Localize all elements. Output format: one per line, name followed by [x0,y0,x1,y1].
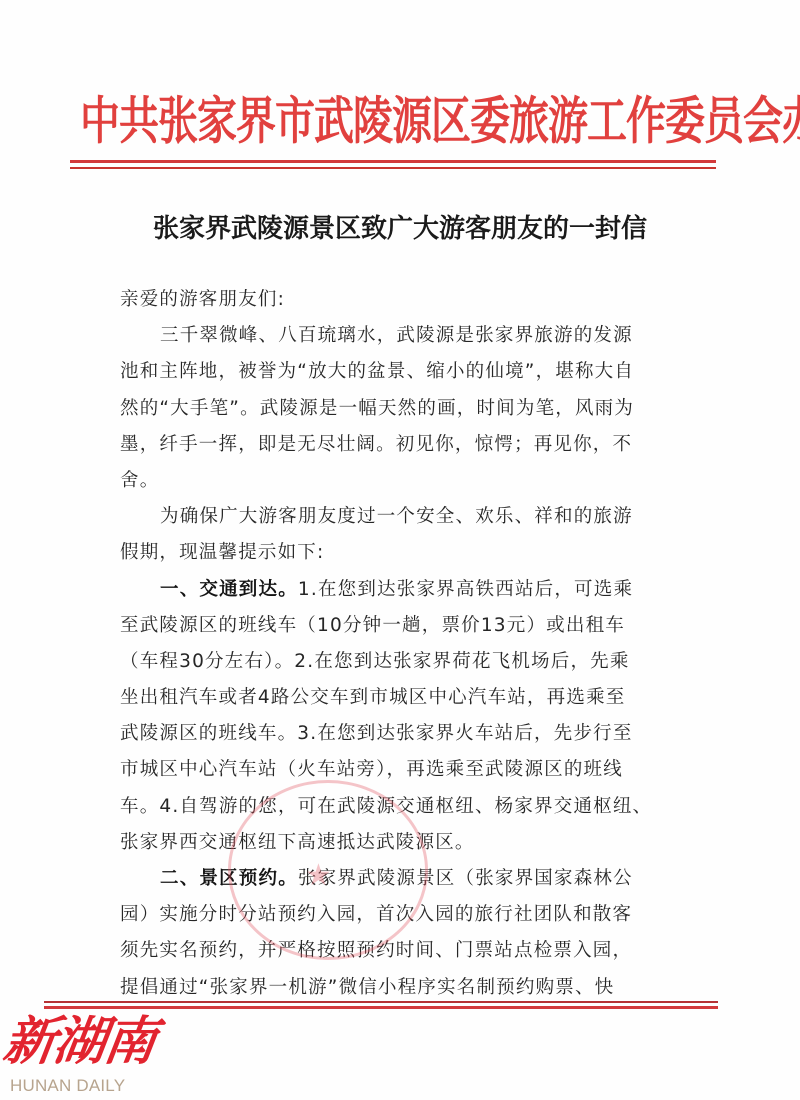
document-title: 张家界武陵源景区致广大游客朋友的一封信 [100,208,700,245]
paragraph-line: 三千翠微峰、八百琉璃水，武陵源是张家界旅游的发源 [120,318,720,354]
section-transport-line: 一、交通到达。1.在您到达张家界高铁西站后，可选乘 [120,572,720,608]
paragraph-line: 然的“大手笔”。武陵源是一幅天然的画，时间为笔，风雨为 [120,391,720,427]
section-text: 1.在您到达张家界高铁西站后，可选乘 [298,579,633,600]
paragraph-line: 为确保广大游客朋友度过一个安全、欢乐、祥和的旅游 [120,499,720,535]
section-reservation-line: 二、景区预约。张家界武陵源景区（张家界国家森林公 [120,861,720,897]
section-heading-transport: 一、交通到达。 [160,579,298,600]
paragraph-line: （车程30分左右）。2.在您到达张家界荷花飞机场后，先乘 [120,644,720,680]
paragraph-line: 池和主阵地，被誉为“放大的盆景、缩小的仙境”，堪称大自 [120,354,720,390]
letter-body: 亲爱的游客朋友们: 三千翠微峰、八百琉璃水，武陵源是张家界旅游的发源 池和主阵地… [120,282,720,1006]
letterhead-rule-thin [70,167,716,169]
letterhead-organization: 中共张家界市武陵源区委旅游工作委员会办公室 [80,86,720,158]
paragraph-line: 墨，纤手一挥，即是无尽壮阔。初见你，惊愕；再见你，不 [120,427,720,463]
paragraph-line: 假期，现温馨提示如下: [120,535,720,571]
letterhead-rule-thick [70,160,716,163]
footer-rule-thin [44,1001,718,1003]
section-text: 张家界武陵源景区（张家界国家森林公 [298,868,633,889]
paragraph-line: 张家界西交通枢纽下高速抵达武陵源区。 [120,825,720,861]
paragraph-line: 至武陵源区的班线车（10分钟一趟，票价13元）或出租车 [120,608,720,644]
document-page: 中共张家界市武陵源区委旅游工作委员会办公室 张家界武陵源景区致广大游客朋友的一封… [0,0,800,1100]
paragraph-line: 武陵源区的班线车。3.在您到达张家界火车站后，先步行至 [120,716,720,752]
brand-subtitle: HUNAN DAILY [10,1076,204,1096]
paragraph-line: 园）实施分时分站预约入园，首次入园的旅行社团队和散客 [120,897,720,933]
section-heading-reservation: 二、景区预约。 [160,868,298,889]
footer-rule-thick [44,1006,718,1009]
brand-logo: 新湖南 [0,1010,208,1074]
hunan-daily-watermark: 新湖南 HUNAN DAILY [4,1010,204,1096]
salutation: 亲爱的游客朋友们: [120,282,720,318]
paragraph-line: 市城区中心汽车站（火车站旁），再选乘至武陵源区的班线 [120,752,720,788]
paragraph-line: 舍。 [120,463,720,499]
paragraph-line: 须先实名预约，并严格按照预约时间、门票站点检票入园， [120,933,720,969]
paragraph-line: 车。4.自驾游的您，可在武陵源交通枢纽、杨家界交通枢纽、 [120,789,720,825]
paragraph-line: 坐出租汽车或者4路公交车到市城区中心汽车站，再选乘至 [120,680,720,716]
